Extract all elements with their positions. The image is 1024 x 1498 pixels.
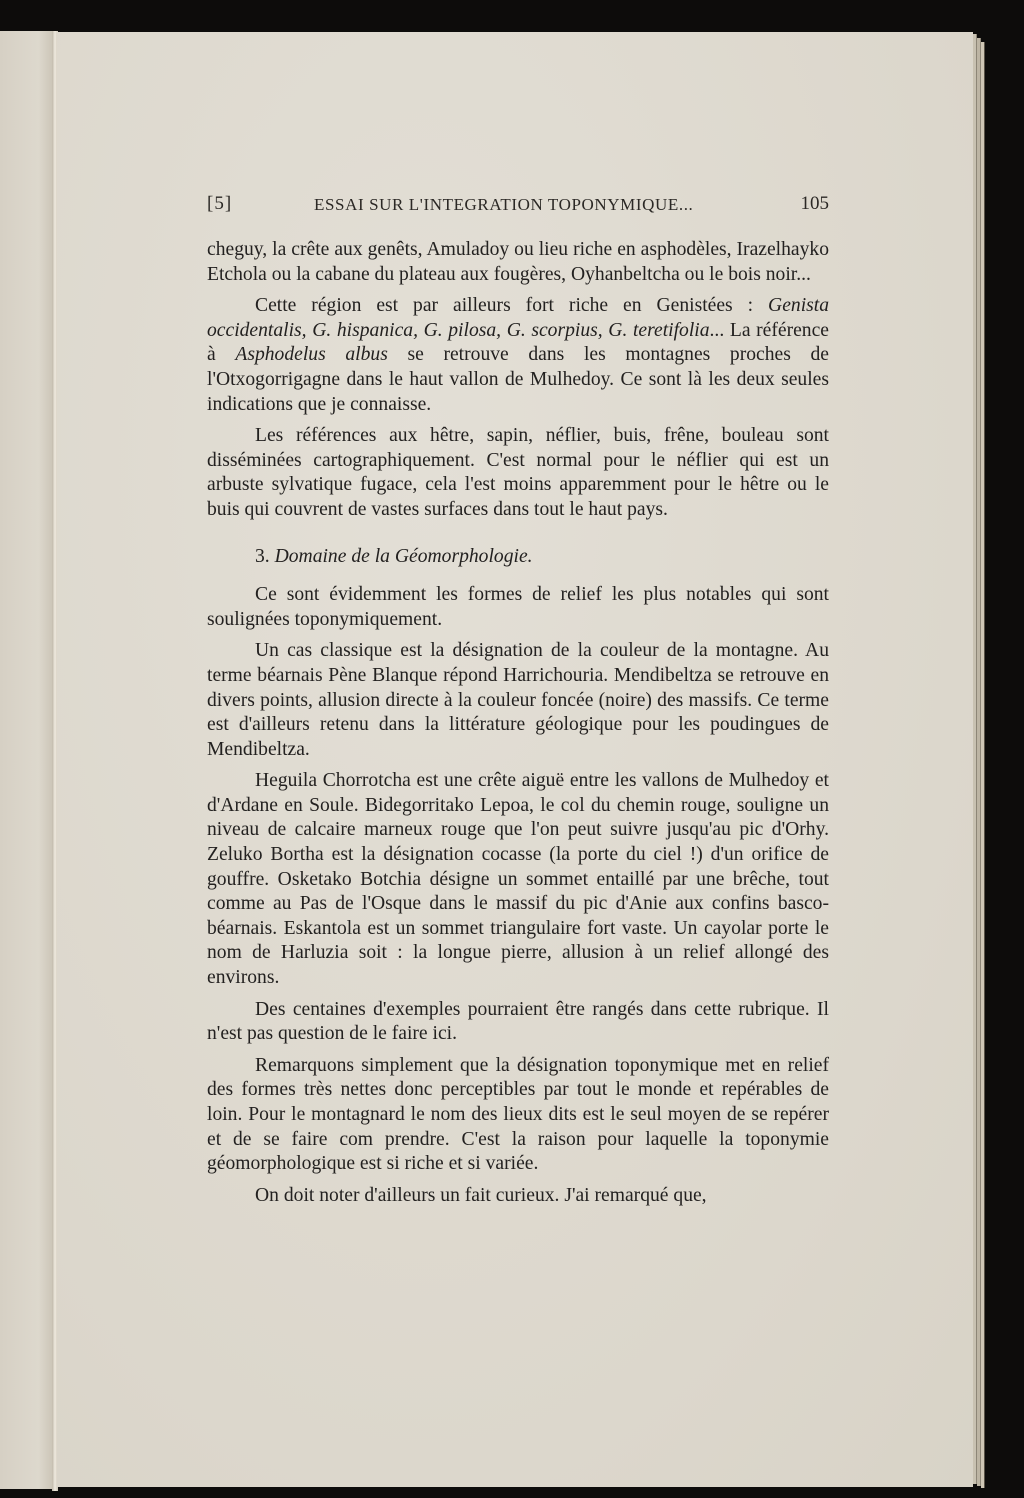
page-stack-edge — [977, 38, 981, 1486]
paragraph: Cette région est par ailleurs fort riche… — [207, 294, 829, 417]
section-heading-number: 3. — [255, 546, 275, 567]
paragraph: Heguila Chorrotcha est une crête aiguë e… — [207, 769, 829, 990]
species-name: Asphodelus albus — [235, 344, 387, 365]
paragraph: Remarquons simplement que la désignation… — [207, 1054, 829, 1177]
running-head: [5] ESSAI SUR L'INTEGRATION TOPONYMIQUE.… — [207, 193, 829, 219]
section-heading-title: Domaine de la Géomorphologie. — [275, 546, 533, 567]
section-heading: 3. Domaine de la Géomorphologie. — [207, 545, 829, 570]
paragraph: Les références aux hêtre, sapin, néflier… — [207, 424, 829, 522]
body-text: cheguy, la crête aux genêts, Amuladoy ou… — [207, 238, 829, 1208]
page-number: 105 — [801, 193, 830, 215]
paragraph: Un cas classique est la désignation de l… — [207, 639, 829, 762]
paragraph: On doit noter d'ailleurs un fait curieux… — [207, 1184, 829, 1209]
paragraph: Ce sont évidemment les formes de relief … — [207, 583, 829, 632]
facing-page-edge — [0, 31, 55, 1489]
section-number: [5] — [207, 193, 232, 215]
page-stack-edge — [981, 42, 985, 1488]
running-title: ESSAI SUR L'INTEGRATION TOPONYMIQUE... — [314, 195, 693, 215]
paragraph: Des centaines d'exemples pourraient être… — [207, 998, 829, 1047]
page-stack-edge — [973, 34, 977, 1484]
paragraph: cheguy, la crête aux genêts, Amuladoy ou… — [207, 238, 829, 287]
